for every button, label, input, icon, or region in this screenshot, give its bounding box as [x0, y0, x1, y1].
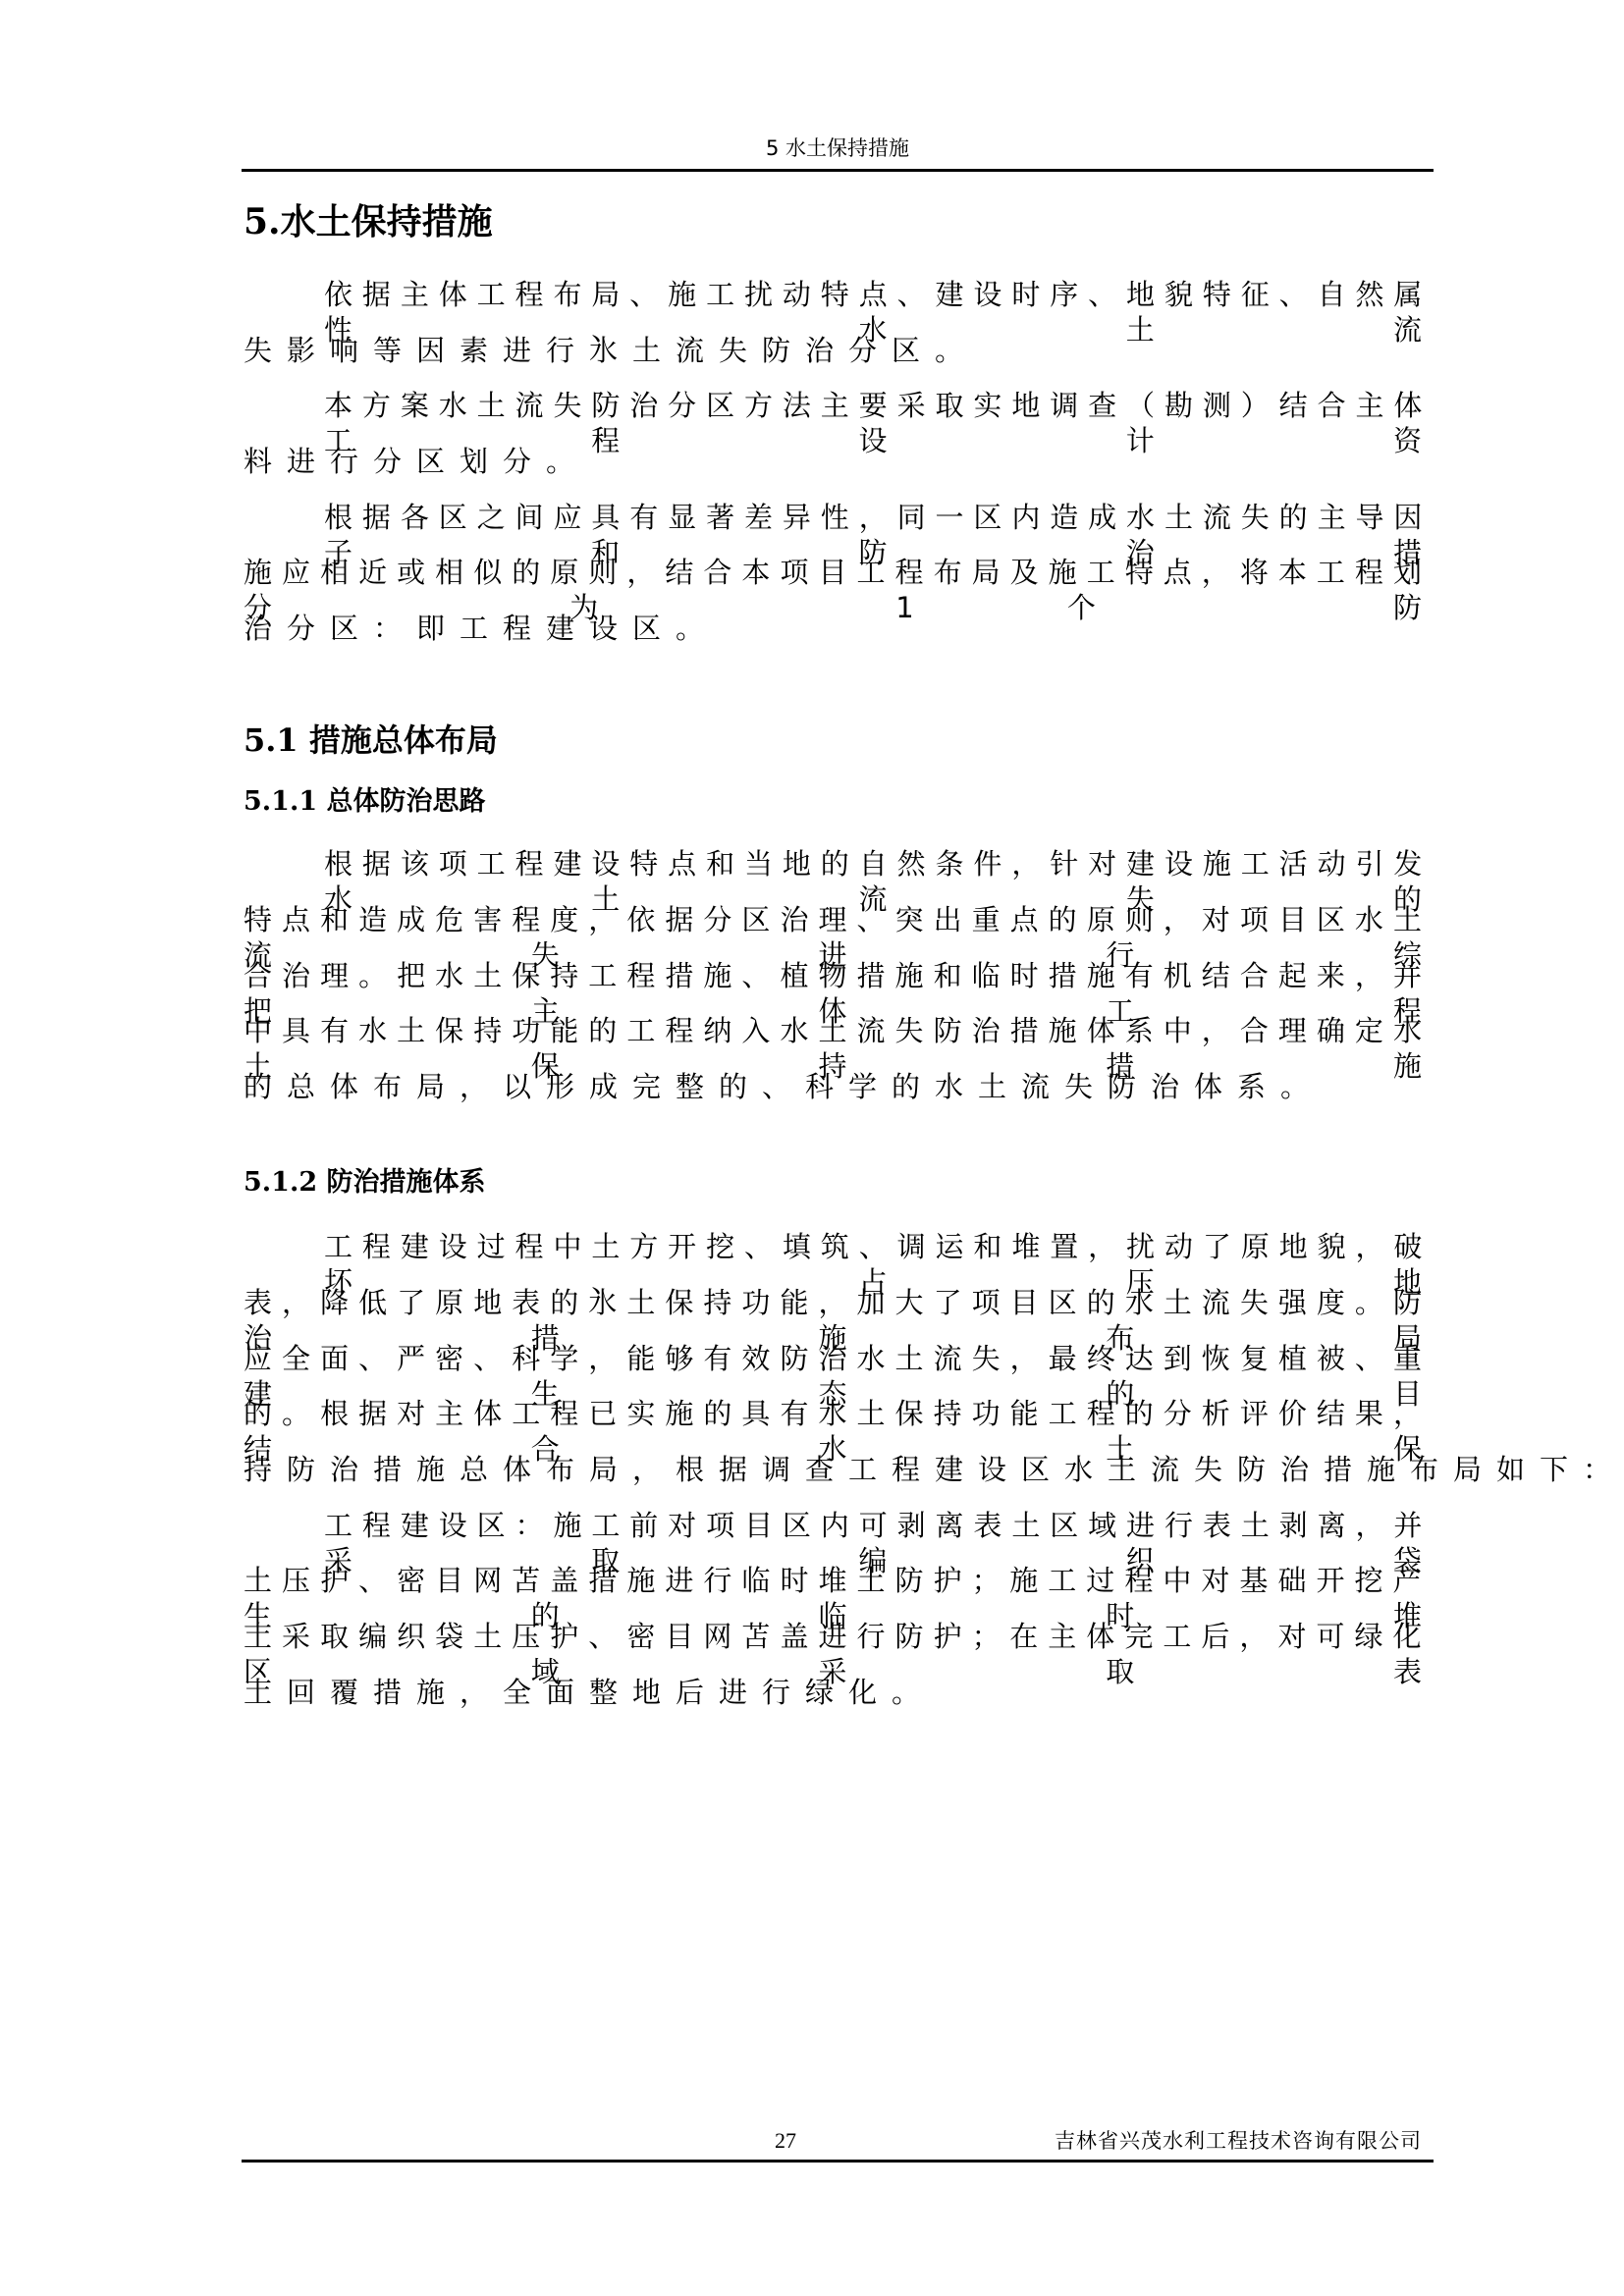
paragraph-line: 料进行分区划分。	[244, 444, 1422, 479]
paragraph-line: 的总体布局，以形成完整的、科学的水土流失防治体系。	[244, 1069, 1422, 1104]
paragraph-line: 根 据 该 项 工 程 建 设 特 点 和 当 地 的 自 然 条 件 ， 针 …	[324, 846, 1422, 881]
page-number: 27	[775, 2128, 796, 2154]
paragraph-line: 特 点 和 造 成 危 害 程 度 ， 依 据 分 区 治 理 、 突 出 重 …	[244, 902, 1422, 937]
company-name: 吉林省兴茂水利工程技术咨询有限公司	[1055, 2128, 1422, 2154]
paragraph-line: 土回覆措施，全面整地后进行绿化。	[244, 1675, 1422, 1710]
page-footer: 27 吉林省兴茂水利工程技术咨询有限公司	[242, 2126, 1434, 2163]
paragraph-line: 根 据 各 区 之 间 应 具 有 显 著 差 异 性 ， 同 一 区 内 造 …	[324, 500, 1422, 535]
paragraph-line: 土 采 取 编 织 袋 土 压 护 、 密 目 网 苫 盖 进 行 防 护 ； …	[244, 1619, 1422, 1654]
paragraph-line: 依 据 主 体 工 程 布 局 、 施 工 扰 动 特 点 、 建 设 时 序 …	[324, 277, 1422, 312]
paragraph-line: 本 方 案 水 土 流 失 防 治 分 区 方 法 主 要 采 取 实 地 调 …	[324, 388, 1422, 423]
paragraph-line: 治分区：即工程建设区。	[244, 611, 1422, 646]
paragraph-line: 土 压 护 、 密 目 网 苫 盖 措 施 进 行 临 时 堆 土 防 护 ； …	[244, 1563, 1422, 1598]
paragraph-line: 应 全 面 、 严 密 、 科 学 ， 能 够 有 效 防 治 水 土 流 失 …	[244, 1341, 1422, 1376]
paragraph-line: 工 程 建 设 区 ： 施 工 前 对 项 目 区 内 可 剥 离 表 土 区 …	[324, 1508, 1422, 1543]
paragraph-line: 工 程 建 设 过 程 中 土 方 开 挖 、 填 筑 、 调 运 和 堆 置 …	[324, 1229, 1422, 1264]
page-header: 5 水土保持措施	[242, 135, 1434, 172]
paragraph-line: 持防治措施总体布局，根据调查工程建设区水土流失防治措施布局如下：	[244, 1452, 1422, 1487]
paragraph-line: 失影响等因素进行水土流失防治分区。	[244, 333, 1422, 368]
chapter-heading: 5.水土保持措施	[244, 200, 493, 243]
running-header-title: 5 水土保持措施	[242, 135, 1434, 161]
paragraph-line: 中 具 有 水 土 保 持 功 能 的 工 程 纳 入 水 土 流 失 防 治 …	[244, 1013, 1422, 1048]
subsection-heading-5-1-2: 5.1.2 防治措施体系	[244, 1166, 486, 1200]
paragraph-line: 表 ， 降 低 了 原 地 表 的 水 土 保 持 功 能 ， 加 大 了 项 …	[244, 1285, 1422, 1320]
section-heading-5-1: 5.1 措施总体布局	[244, 721, 498, 760]
paragraph-line: 的 。 根 据 对 主 体 工 程 已 实 施 的 具 有 水 土 保 持 功 …	[244, 1396, 1422, 1431]
paragraph-line: 合 治 理 。 把 水 土 保 持 工 程 措 施 、 植 物 措 施 和 临 …	[244, 958, 1422, 993]
paragraph-line: 施 应 相 近 或 相 似 的 原 则 ， 结 合 本 项 目 工 程 布 局 …	[244, 555, 1422, 590]
subsection-heading-5-1-1: 5.1.1 总体防治思路	[244, 785, 486, 819]
